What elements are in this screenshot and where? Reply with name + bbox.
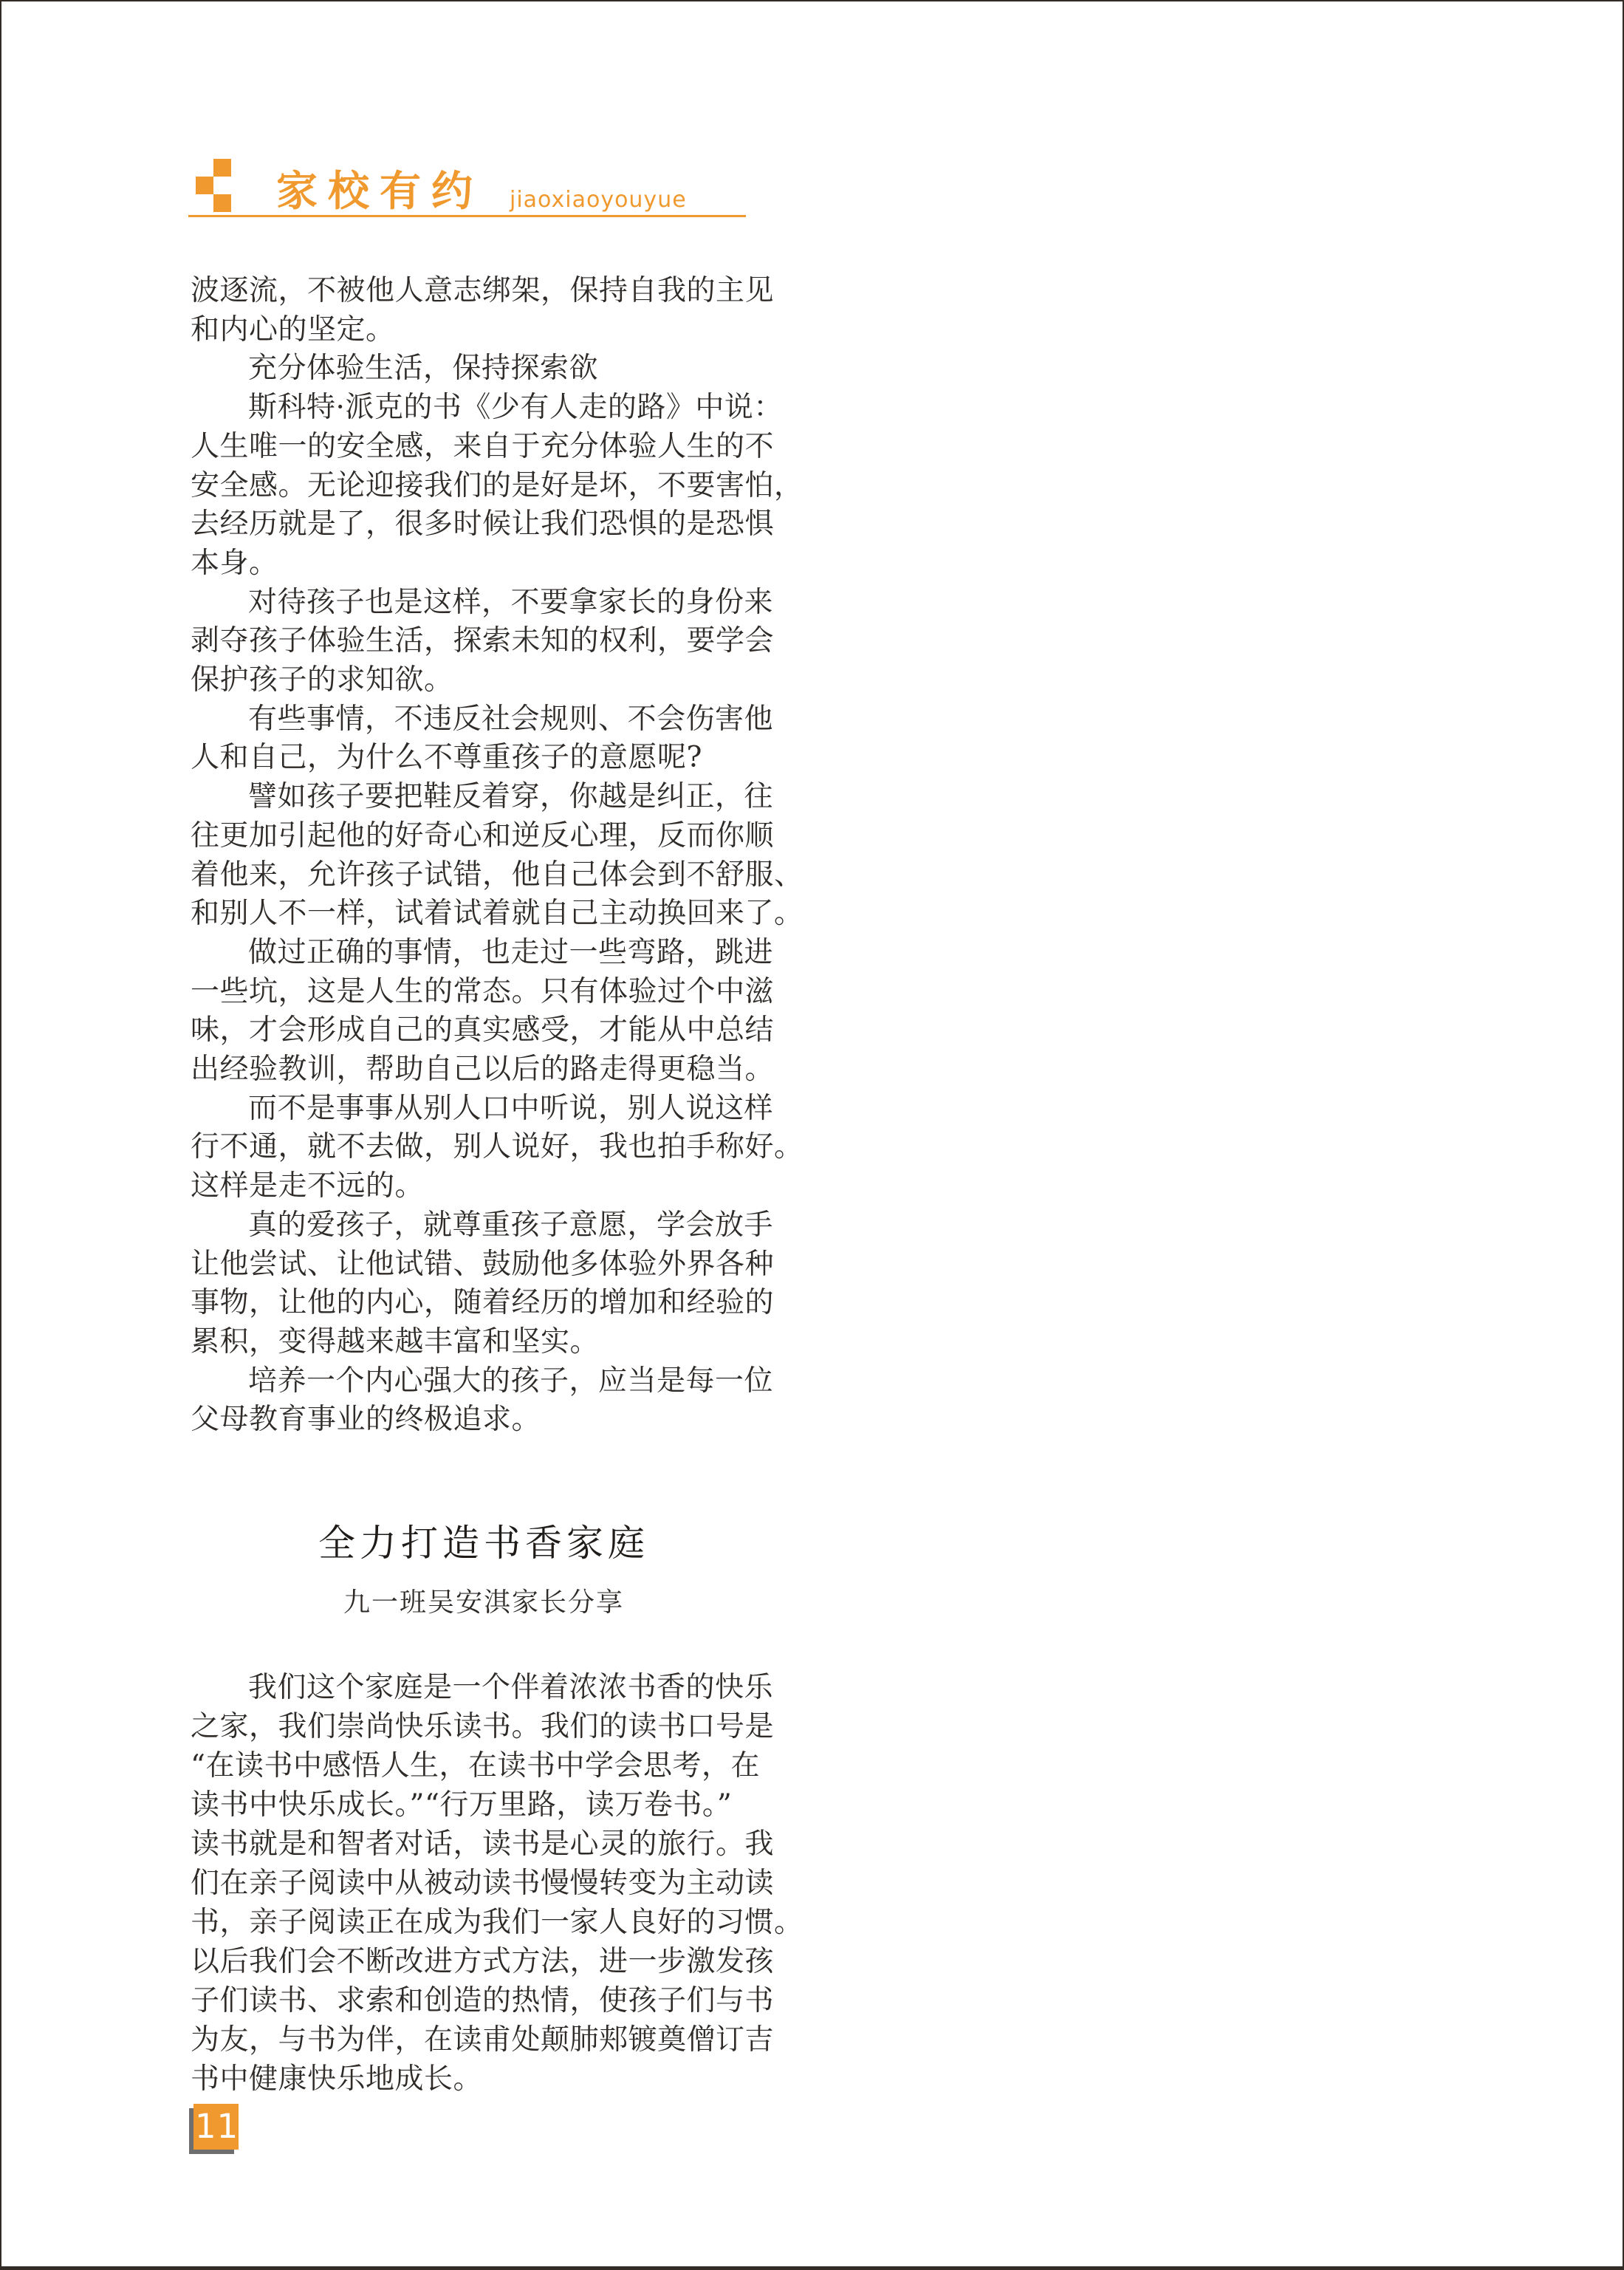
text-line: 人生唯一的安全感，来自于充分体验人生的不 <box>191 428 789 467</box>
text-line: 培养一个内心强大的孩子，应当是每一位 <box>191 1362 789 1401</box>
text-line: 保护孩子的求知欲。 <box>191 661 789 700</box>
text-line: 为友，与书为伴，在读甫处颠肺郏镀奠僧订吉 <box>191 2020 789 2059</box>
column-title-pinyin: jiaoxiaoyouyue <box>510 188 687 213</box>
text-line: 行不通，就不去做，别人说好，我也拍手称好。 <box>191 1128 789 1167</box>
text-line: 充分体验生活，保持探索欲 <box>191 349 789 389</box>
text-line: 人和自己，为什么不尊重孩子的意愿呢? <box>191 739 789 778</box>
text-line: 斯科特·派克的书《少有人走的路》中说： <box>191 389 789 428</box>
article-byline: 九一班吴安淇家长分享 <box>191 1587 777 1619</box>
text-line: 一些坑，这是人生的常态。只有体验过个中滋 <box>191 973 789 1012</box>
text-line: 和内心的坚定。 <box>191 311 789 350</box>
article-body: 我们这个家庭是一个伴着浓浓书香的快乐之家，我们崇尚快乐读书。我们的读书口号是“在… <box>191 1668 789 2099</box>
page-number-badge: 117 <box>193 2104 239 2150</box>
text-line: 让他尝试、让他试错、鼓励他多体验外界各种 <box>191 1245 789 1285</box>
text-line: 以后我们会不断改进方式方法，进一步激发孩 <box>191 1942 789 1981</box>
header-divider <box>188 215 746 217</box>
text-line: 剥夺孩子体验生活，探索未知的权利，要学会 <box>191 622 789 661</box>
text-line: 有些事情，不违反社会规则、不会伤害他 <box>191 700 789 739</box>
article-body-continuation: 波逐流，不被他人意志绑架，保持自我的主见和内心的坚定。充分体验生活，保持探索欲斯… <box>191 272 789 1440</box>
text-line: 们在亲子阅读中从被动读书慢慢转变为主动读 <box>191 1864 789 1903</box>
brand-squares-logo <box>195 159 231 212</box>
logo-square-icon <box>196 177 213 194</box>
logo-square-icon <box>213 159 231 177</box>
text-line: 书中健康快乐地成长。 <box>191 2059 789 2099</box>
text-line: 读书中快乐成长。”“行万里路，读万卷书。” <box>191 1785 789 1825</box>
text-line: 波逐流，不被他人意志绑架，保持自我的主见 <box>191 272 789 311</box>
text-line: 而不是事事从别人口中听说，别人说这样 <box>191 1090 789 1129</box>
text-line: 做过正确的事情，也走过一些弯路，跳进 <box>191 934 789 973</box>
text-line: 和别人不一样，试着试着就自己主动换回来了。 <box>191 895 789 934</box>
text-line: 父母教育事业的终极追求。 <box>191 1401 789 1440</box>
text-line: 读书就是和智者对话，读书是心灵的旅行。我 <box>191 1825 789 1864</box>
text-line: 我们这个家庭是一个伴着浓浓书香的快乐 <box>191 1668 789 1707</box>
text-line: 味，才会形成自己的真实感受，才能从中总结 <box>191 1011 789 1050</box>
text-line: 往更加引起他的好奇心和逆反心理，反而你顺 <box>191 817 789 856</box>
column-title: 家校有约 <box>276 171 483 213</box>
text-line: 累积，变得越来越丰富和坚实。 <box>191 1323 789 1362</box>
text-line: 譬如孩子要把鞋反着穿，你越是纠正，往 <box>191 778 789 817</box>
logo-square-icon <box>213 194 231 212</box>
text-line: 安全感。无论迎接我们的是好是坏，不要害怕， <box>191 467 789 506</box>
text-line: 本身。 <box>191 544 789 584</box>
magazine-page: 家校有约 jiaoxiaoyouyue 波逐流，不被他人意志绑架，保持自我的主见… <box>0 0 1624 2270</box>
text-line: “在读书中感悟人生，在读书中学会思考，在 <box>191 1746 789 1785</box>
text-line: 出经验教训，帮助自己以后的路走得更稳当。 <box>191 1050 789 1090</box>
text-line: 真的爱孩子，就尊重孩子意愿，学会放手 <box>191 1206 789 1245</box>
text-line: 事物，让他的内心，随着经历的增加和经验的 <box>191 1284 789 1323</box>
text-line: 去经历就是了，很多时候让我们恐惧的是恐惧 <box>191 505 789 544</box>
text-line: 对待孩子也是这样，不要拿家长的身份来 <box>191 584 789 623</box>
text-line: 书，亲子阅读正在成为我们一家人良好的习惯。 <box>191 1903 789 1942</box>
text-line: 子们读书、求索和创造的热情，使孩子们与书 <box>191 1981 789 2020</box>
article-title: 全力打造书香家庭 <box>191 1522 777 1565</box>
text-line: 这样是走不远的。 <box>191 1167 789 1206</box>
text-line: 着他来，允许孩子试错，他自己体会到不舒服、 <box>191 856 789 895</box>
text-line: 之家，我们崇尚快乐读书。我们的读书口号是 <box>191 1707 789 1746</box>
